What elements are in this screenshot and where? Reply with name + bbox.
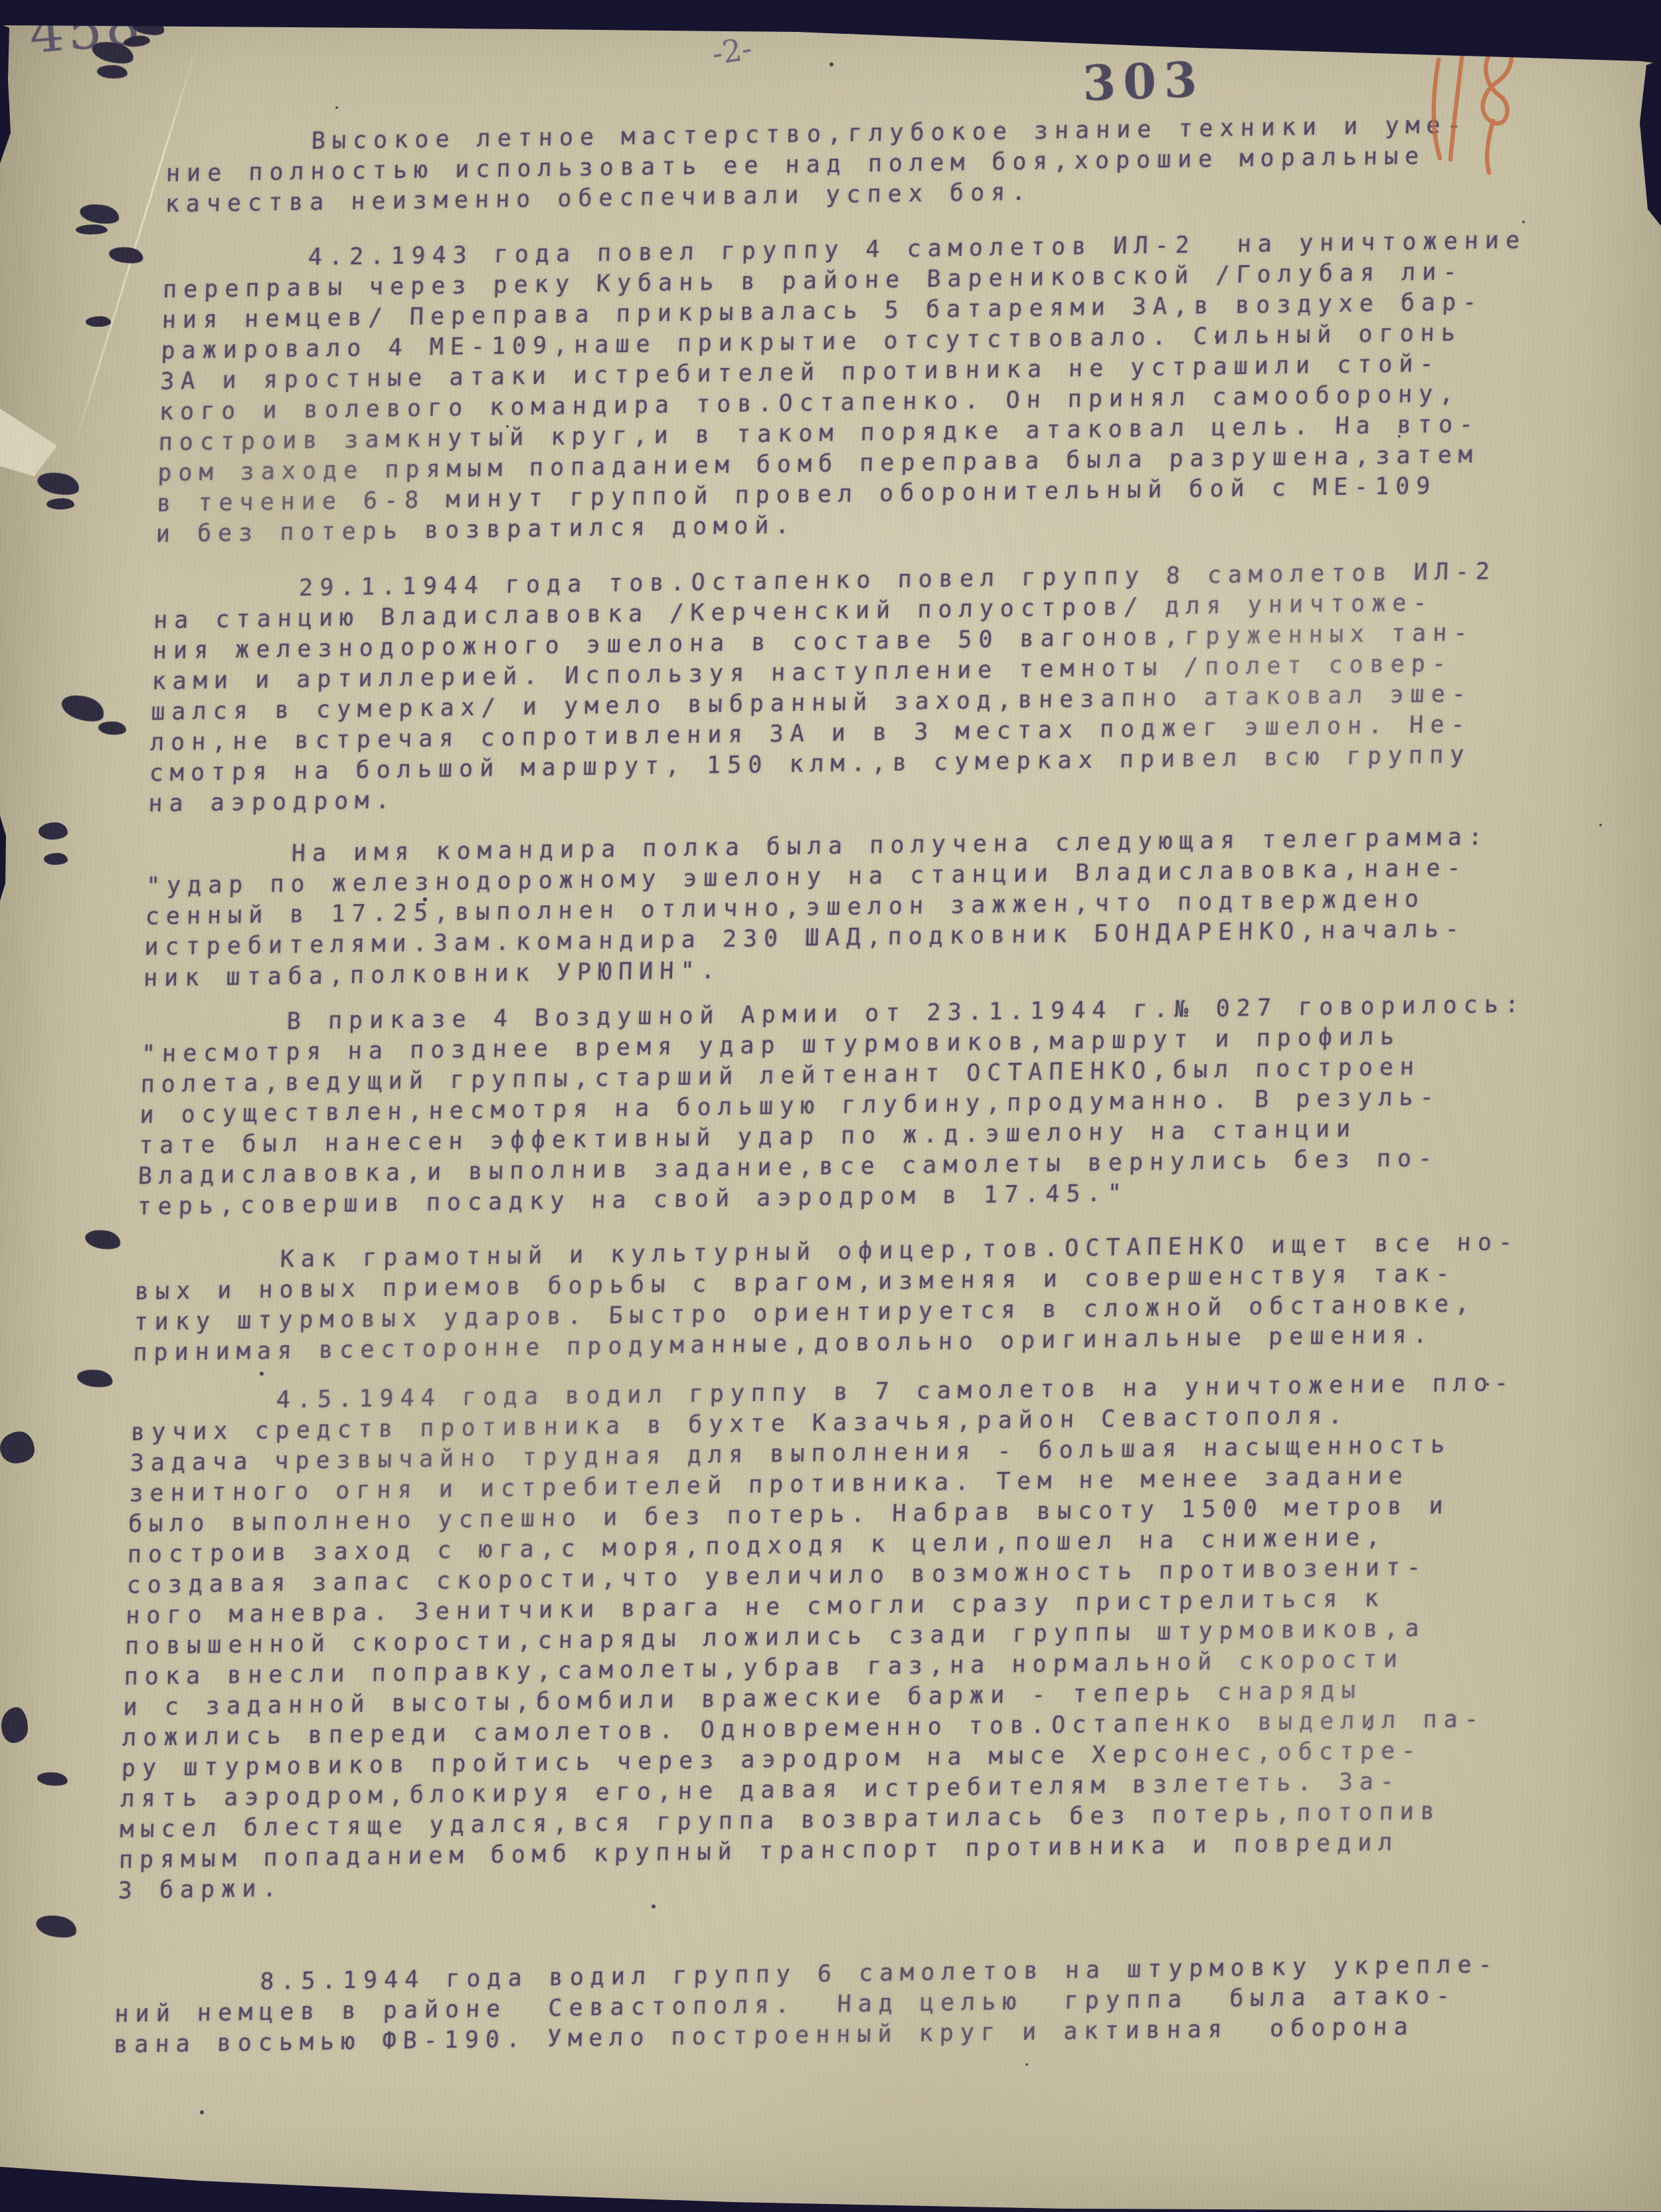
ink-blot (34, 1912, 78, 1941)
ink-blot (37, 1771, 68, 1788)
paragraph-officer-qualities: Как грамотный и культурный офицер,тов.ОС… (133, 1226, 1558, 1368)
stamp-page-number: 303 (1082, 51, 1205, 112)
ink-blot (78, 201, 121, 227)
ink-blot (0, 1431, 35, 1463)
red-pencil-mark (1413, 28, 1533, 184)
ink-blot (98, 720, 127, 736)
ink-blot (35, 469, 81, 499)
ink-blot (76, 1367, 114, 1389)
paper-specks (335, 106, 338, 109)
ink-blot (44, 853, 68, 865)
ink-blot (86, 316, 111, 327)
paragraph-mission-1943: 4.2.1943 года повел группу 4 самолетов И… (155, 225, 1586, 550)
torn-edge-flap (0, 409, 57, 476)
ink-blot (84, 1228, 122, 1252)
paragraph-telegram: На имя командира полка была получена сле… (143, 821, 1569, 994)
ink-blot (1, 1707, 28, 1743)
ink-blot (46, 498, 74, 509)
ink-blot (96, 64, 128, 79)
paragraph-mission-sevastopol: 8.5.1944 года водил группу 6 самолетов н… (114, 1949, 1538, 2061)
document-text: Высокое летное мастерство,глубокое знани… (114, 108, 1589, 2061)
paragraph-summary: Высокое летное мастерство,глубокое знани… (165, 108, 1589, 220)
paragraph-mission-kazachya: 4.5.1944 года водил группу в 7 самолетов… (118, 1367, 1554, 1906)
ink-blot (108, 244, 145, 265)
paragraph-army-order: В приказе 4 Воздушной Армии от 23.1.1944… (137, 988, 1565, 1222)
document-page: 458 -2- 303 Высокое летное мастерство,гл… (0, 0, 1661, 2212)
ink-blot (58, 690, 108, 727)
ink-blot (39, 822, 68, 840)
typed-page-number: -2- (709, 31, 754, 72)
paragraph-mission-vladislavovka: 29.1.1944 года тов.Остапенко повел групп… (148, 555, 1577, 820)
photo-background: 458 -2- 303 Высокое летное мастерство,гл… (0, 0, 1661, 2212)
ink-blot (76, 225, 108, 234)
